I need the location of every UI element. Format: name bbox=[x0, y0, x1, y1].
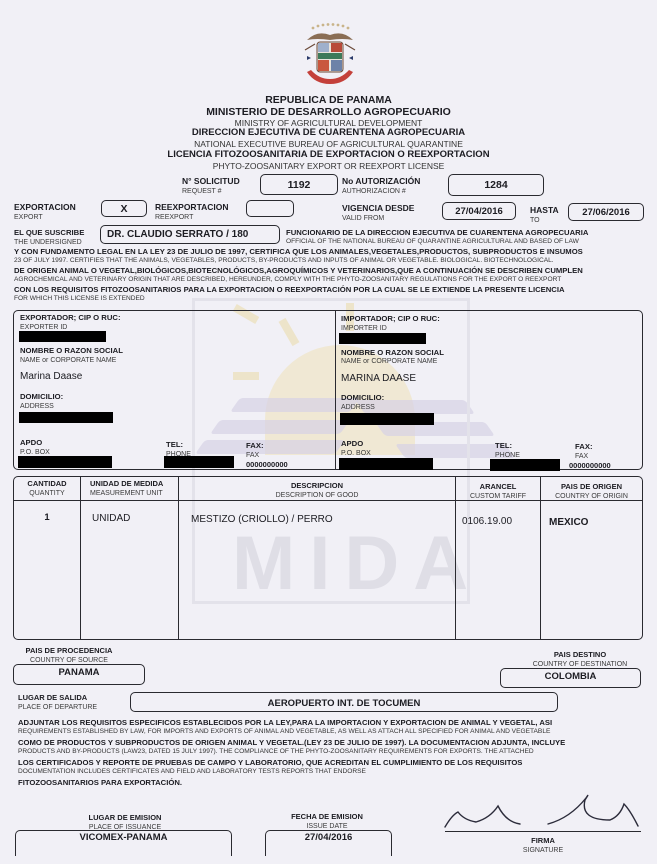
col-divider bbox=[540, 477, 541, 639]
coat-of-arms-icon bbox=[303, 22, 357, 90]
importer-address-redacted bbox=[340, 413, 434, 425]
authorization-number-field[interactable]: 1284 bbox=[448, 174, 544, 196]
certification-line-2: Y CON FUNDAMENTO LEGAL EN LA LEY 23 DE J… bbox=[14, 247, 583, 257]
authorization-label-en: AUTHORIZACION # bbox=[342, 187, 406, 196]
exporter-address-redacted bbox=[19, 412, 113, 423]
request-label: N° SOLICITUD bbox=[182, 176, 240, 186]
reexport-label-en: REEXPORT bbox=[155, 213, 193, 222]
exporter-name-label: NOMBRE O RAZON SOCIAL bbox=[20, 346, 123, 356]
row-description: MESTIZO (CRIOLLO) / PERRO bbox=[191, 514, 333, 525]
export-label-en: EXPORT bbox=[14, 213, 43, 222]
issuance-place: VICOMEX-PANAMA bbox=[15, 832, 232, 843]
importer-tel-label: TEL: bbox=[495, 441, 512, 451]
certification-line-1: FUNCIONARIO DE LA DIRECCION EJECUTIVA DE… bbox=[286, 228, 588, 238]
col-divider bbox=[80, 477, 81, 639]
requirements-line-1-en: REQUIREMENTS ESTABLISHED BY LAW, FOR IMP… bbox=[18, 728, 550, 737]
source-country-field[interactable]: PANAMA bbox=[13, 664, 145, 685]
departure-label-en: PLACE OF DEPARTURE bbox=[18, 703, 97, 712]
issue-date: 27/04/2016 bbox=[265, 832, 392, 843]
signature-line bbox=[445, 831, 641, 832]
requirements-line-2-en: PRODUCTS AND BY-PRODUCTS (LAW23, DATED 1… bbox=[18, 748, 534, 757]
ministry-title: MINISTERIO DE DESARROLLO AGROPECUARIO bbox=[0, 106, 657, 118]
exporter-fax-label: FAX: bbox=[246, 441, 264, 451]
exporter-fax-label-en: FAX bbox=[246, 451, 259, 460]
valid-to-label-en: TO bbox=[530, 216, 540, 225]
importer-fax: 0000000000 bbox=[569, 461, 611, 470]
col-quantity: CANTIDAD bbox=[14, 479, 80, 489]
valid-to-label: HASTA bbox=[530, 205, 559, 215]
col-tariff: ARANCEL bbox=[456, 482, 540, 492]
requirements-line-1: ADJUNTAR LOS REQUISITOS ESPECIFICOS ESTA… bbox=[18, 718, 552, 728]
importer-fax-label-en: FAX bbox=[575, 452, 588, 461]
col-tariff-en: CUSTOM TARIFF bbox=[456, 492, 540, 501]
certification-line-3-en: AGROCHEMICAL AND VETERINARY ORIGIN THAT … bbox=[14, 276, 561, 285]
exporter-name-label-en: NAME or CORPORATE NAME bbox=[20, 356, 116, 365]
undersigned-label: EL QUE SUSCRIBE bbox=[14, 228, 84, 238]
authorization-label: No AUTORIZACIÓN bbox=[342, 176, 420, 186]
col-origin: PAIS DE ORIGEN bbox=[541, 482, 642, 492]
republic-title: REPUBLICA DE PANAMA bbox=[0, 94, 657, 106]
directorate-title-en: NATIONAL EXECUTIVE BUREAU OF AGRICULTURA… bbox=[0, 139, 657, 149]
signature-icon bbox=[440, 790, 645, 832]
parties-panel bbox=[13, 310, 643, 470]
export-label: EXPORTACION bbox=[14, 202, 76, 212]
exporter-address-label-en: ADDRESS bbox=[20, 402, 54, 411]
departure-label: LUGAR DE SALIDA bbox=[18, 693, 87, 703]
requirements-line-3-en: DOCUMENTATION INCLUDES CERTIFICATES AND … bbox=[18, 768, 366, 777]
departure-field[interactable]: AEROPUERTO INT. DE TOCUMEN bbox=[130, 692, 558, 712]
source-country-label: PAIS DE PROCEDENCIA bbox=[14, 646, 124, 656]
col-divider bbox=[455, 477, 456, 639]
issuance-place-label: LUGAR DE EMISION bbox=[60, 813, 190, 823]
exporter-address-label: DOMICILIO: bbox=[20, 392, 63, 402]
col-quantity-en: QUANTITY bbox=[14, 489, 80, 498]
importer-name: MARINA DAASE bbox=[341, 373, 416, 384]
importer-fax-label: FAX: bbox=[575, 442, 593, 452]
importer-pobox-label: APDO bbox=[341, 439, 363, 449]
exporter-fax: 0000000000 bbox=[246, 460, 288, 469]
exporter-tel-redacted bbox=[164, 456, 234, 468]
undersigned-label-en: THE UNDERSIGNED bbox=[14, 238, 82, 247]
exporter-name: Marina Daase bbox=[20, 371, 82, 382]
importer-tel-redacted bbox=[490, 459, 560, 471]
col-description: DESCRIPCION bbox=[180, 481, 454, 491]
exporter-pobox-redacted bbox=[18, 456, 112, 468]
license-title-en: PHYTO-ZOOSANITARY EXPORT OR REEXPORT LIC… bbox=[0, 161, 657, 171]
reexport-label: REEXPORTACION bbox=[155, 202, 229, 212]
col-unit: UNIDAD DE MEDIDA bbox=[90, 479, 163, 489]
certification-line-4-en: FOR WHICH THIS LICENSE IS EXTENDED bbox=[14, 295, 145, 304]
importer-name-label-en: NAME or CORPORATE NAME bbox=[341, 357, 437, 366]
importer-pobox-redacted bbox=[339, 458, 433, 470]
request-number-field[interactable]: 1192 bbox=[260, 174, 338, 195]
valid-from-field[interactable]: 27/04/2016 bbox=[442, 202, 516, 220]
exporter-tel-label: TEL: bbox=[166, 440, 183, 450]
requirements-line-2: COMO DE PRODUCTOS Y SUBPRODUCTOS DE ORIG… bbox=[18, 738, 565, 748]
issue-date-label: FECHA DE EMISION bbox=[262, 812, 392, 822]
valid-from-label: VIGENCIA DESDE bbox=[342, 203, 414, 213]
importer-id-label-en: IMPORTER ID bbox=[341, 324, 387, 333]
col-unit-en: MEASUREMENT UNIT bbox=[90, 489, 163, 498]
signature-label-en: SIGNATURE bbox=[445, 846, 641, 855]
certification-line-2-en: 23 OF JULY 1997. CERTIFIES THAT THE ANIM… bbox=[14, 257, 554, 266]
license-title: LICENCIA FITOZOOSANITARIA DE EXPORTACION… bbox=[0, 149, 657, 160]
exporter-id-redacted bbox=[19, 331, 106, 342]
reexport-checkbox[interactable] bbox=[246, 200, 294, 217]
exporter-id-label: EXPORTADOR; CIP O RUC: bbox=[20, 313, 121, 323]
valid-to-field[interactable]: 27/06/2016 bbox=[568, 203, 644, 221]
request-label-en: REQUEST # bbox=[182, 187, 222, 196]
exporter-pobox-label: APDO bbox=[20, 438, 42, 448]
row-quantity: 1 bbox=[14, 512, 80, 523]
importer-id-label: IMPORTADOR; CIP O RUC: bbox=[341, 314, 440, 324]
requirements-line-3: LOS CERTIFICADOS Y REPORTE DE PRUEBAS DE… bbox=[18, 758, 522, 768]
export-checkbox[interactable]: X bbox=[101, 200, 147, 217]
col-origin-en: COUNTRY OF ORIGIN bbox=[541, 492, 642, 501]
certification-line-4: CON LOS REQUISITOS FITOZOOSANITARIOS PAR… bbox=[14, 285, 565, 295]
directorate-title: DIRECCION EJECUTIVA DE CUARENTENA AGROPE… bbox=[0, 127, 657, 138]
requirements-line-4: FITOZOOSANITARIOS PARA EXPORTACIÓN. bbox=[18, 778, 182, 788]
certification-line-3: DE ORIGEN ANIMAL O VEGETAL,BIOLÓGICOS,BI… bbox=[14, 266, 583, 276]
row-tariff: 0106.19.00 bbox=[462, 516, 512, 527]
undersigned-field[interactable]: DR. CLAUDIO SERRATO / 180 bbox=[100, 225, 280, 244]
destination-country-label: PAIS DESTINO bbox=[520, 650, 640, 660]
col-description-en: DESCRIPTION OF GOOD bbox=[180, 491, 454, 500]
importer-address-label-en: ADDRESS bbox=[341, 403, 375, 412]
row-unit: UNIDAD bbox=[92, 513, 130, 524]
importer-address-label: DOMICILIO: bbox=[341, 393, 384, 403]
importer-pobox-label-en: P.O. BOX bbox=[341, 449, 371, 458]
destination-country-field[interactable]: COLOMBIA bbox=[500, 668, 641, 688]
importer-id-redacted bbox=[339, 333, 426, 344]
signature-label: FIRMA bbox=[445, 836, 641, 846]
row-origin: MEXICO bbox=[549, 517, 588, 528]
col-divider bbox=[178, 477, 179, 639]
certification-line-1-en: OFFICIAL OF THE NATIONAL BUREAU OF QUARA… bbox=[286, 238, 579, 247]
valid-from-label-en: VALID FROM bbox=[342, 214, 384, 223]
parties-divider bbox=[335, 311, 336, 469]
